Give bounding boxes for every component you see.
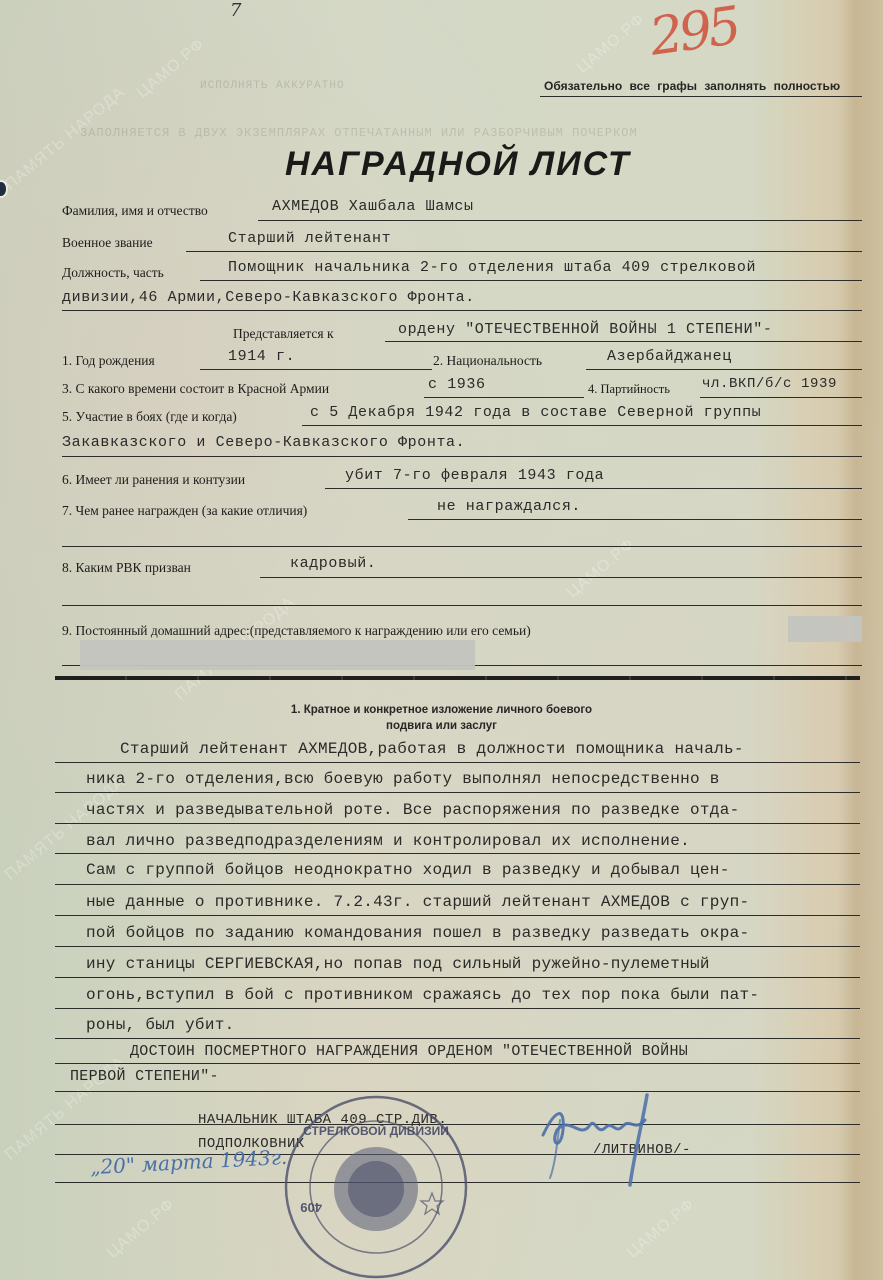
wounds-value: убит 7-го февраля 1943 года <box>345 467 604 484</box>
birth-year-rule <box>200 369 432 370</box>
prior-awards-rule-2 <box>62 546 862 547</box>
narrative-rule <box>55 792 860 793</box>
army-since-rule <box>424 397 584 398</box>
army-since-value: с 1936 <box>428 376 486 393</box>
document-title: НАГРАДНОЙ ЛИСТ <box>285 145 631 184</box>
party-label: 4. Партийность <box>588 382 670 397</box>
position-rule-1 <box>200 280 862 281</box>
nationality-value: Азербайджанец <box>607 348 732 365</box>
birth-year-label: 1. Год рождения <box>62 353 155 369</box>
faded-header-text-2: ЗАПОЛНЯЕТСЯ В ДВУХ ЭКЗЕМПЛЯРАХ ОТПЕЧАТАН… <box>80 126 770 140</box>
nominated-for-label: Представляется к <box>233 326 334 342</box>
prior-awards-value: не награждался. <box>437 498 581 515</box>
rank-label: Военное звание <box>62 235 153 251</box>
party-rule <box>700 397 862 398</box>
position-value-line1: Помощник начальника 2-го отделения штаба… <box>228 259 756 276</box>
handwritten-signature <box>535 1090 665 1190</box>
rank-value: Старший лейтенант <box>228 230 391 247</box>
battles-value-line1: с 5 Декабря 1942 года в составе Северной… <box>310 404 761 421</box>
full-name-label: Фамилия, имя и отчество <box>62 203 208 219</box>
party-value: чл.ВКП/б/с 1939 <box>702 376 837 392</box>
nominated-for-rule <box>385 341 862 342</box>
full-name-rule <box>258 220 862 221</box>
birth-year-value: 1914 г. <box>228 348 295 365</box>
header-instruction: Обязательно все графы заполнять полность… <box>544 79 840 93</box>
narrative-line: Сам с группой бойцов неоднократно ходил … <box>86 861 730 879</box>
rank-rule <box>186 251 862 252</box>
redacted-block <box>788 616 862 642</box>
section-heading-line2: подвига или заслуг <box>0 720 883 732</box>
redacted-address <box>80 640 475 670</box>
conscription-value: кадровый. <box>290 555 376 572</box>
narrative-line: Старший лейтенант АХМЕДОВ,работая в долж… <box>120 740 744 758</box>
nationality-label: 2. Национальность <box>433 353 542 369</box>
conscription-label: 8. Каким РВК призван <box>62 560 191 576</box>
narrative-line: ину станицы СЕРГИЕВСКАЯ,но попав под сил… <box>86 955 710 973</box>
narrative-rule <box>55 884 860 885</box>
archive-sheet-number: 295 <box>646 0 741 68</box>
prior-awards-rule <box>408 519 862 520</box>
narrative-line: ПЕРВОЙ СТЕПЕНИ"- <box>70 1068 219 1085</box>
position-rule-2 <box>62 310 862 311</box>
narrative-rule <box>55 915 860 916</box>
narrative-line: ные данные о противнике. 7.2.43г. старши… <box>86 893 749 911</box>
stamp-number: 409 <box>300 1200 322 1215</box>
section-heading-line1: 1. Кратное и конкретное изложение личног… <box>0 704 883 716</box>
battles-rule-2 <box>62 456 862 457</box>
header-rule <box>540 96 862 97</box>
corner-mark: 7 <box>230 0 241 21</box>
full-name-value: АХМЕДОВ Хашбала Шамсы <box>272 198 474 215</box>
address-label: 9. Постоянный домашний адрес:(представля… <box>62 623 531 639</box>
prior-awards-label: 7. Чем ранее награжден (за какие отличия… <box>62 503 307 519</box>
battles-label: 5. Участие в боях (где и когда) <box>62 409 237 425</box>
nationality-rule <box>586 369 862 370</box>
narrative-rule <box>55 1091 860 1092</box>
position-label: Должность, часть <box>62 265 164 281</box>
narrative-rule <box>55 946 860 947</box>
stamp-text: СТРЕЛКОВОЙ ДИВИЗИИ <box>303 1123 449 1138</box>
narrative-line: пой бойцов по заданию командования пошел… <box>86 924 749 942</box>
conscription-rule-2 <box>62 605 862 606</box>
narrative-rule <box>55 1038 860 1039</box>
section-divider <box>55 676 860 680</box>
narrative-line: роны, был убит. <box>86 1016 235 1034</box>
battles-value-line2: Закавказского и Северо-Кавказского Фронт… <box>62 434 465 451</box>
narrative-rule <box>55 977 860 978</box>
narrative-rule <box>55 823 860 824</box>
conscription-rule <box>260 577 862 578</box>
narrative-line: ника 2-го отделения,всю боевую работу вы… <box>86 770 720 788</box>
narrative-line: огонь,вступил в бой с противником сражая… <box>86 986 759 1004</box>
wounds-rule <box>325 488 862 489</box>
battles-rule-1 <box>302 425 862 426</box>
narrative-rule <box>55 853 860 854</box>
narrative-rule <box>55 1063 860 1064</box>
division-stamp: СТРЕЛКОВОЙ ДИВИЗИИ 409 <box>282 1093 470 1280</box>
narrative-rule <box>55 762 860 763</box>
narrative-line: ДОСТОИН ПОСМЕРТНОГО НАГРАЖДЕНИЯ ОРДЕНОМ … <box>130 1043 688 1060</box>
faded-header-text: ИСПОЛНЯТЬ АККУРАТНО <box>200 80 344 92</box>
narrative-line: вал лично разведподразделениям и контрол… <box>86 832 690 850</box>
narrative-line: частях и разведывательной роте. Все расп… <box>86 801 740 819</box>
wounds-label: 6. Имеет ли ранения и контузии <box>62 472 245 488</box>
army-since-label: 3. С какого времени состоит в Красной Ар… <box>62 381 329 397</box>
narrative-rule <box>55 1008 860 1009</box>
nominated-for-value: ордену "ОТЕЧЕСТВЕННОЙ ВОЙНЫ 1 СТЕПЕНИ"- <box>398 321 772 338</box>
position-value-line2: дивизии,46 Армии,Северо-Кавказского Фрон… <box>62 289 475 306</box>
